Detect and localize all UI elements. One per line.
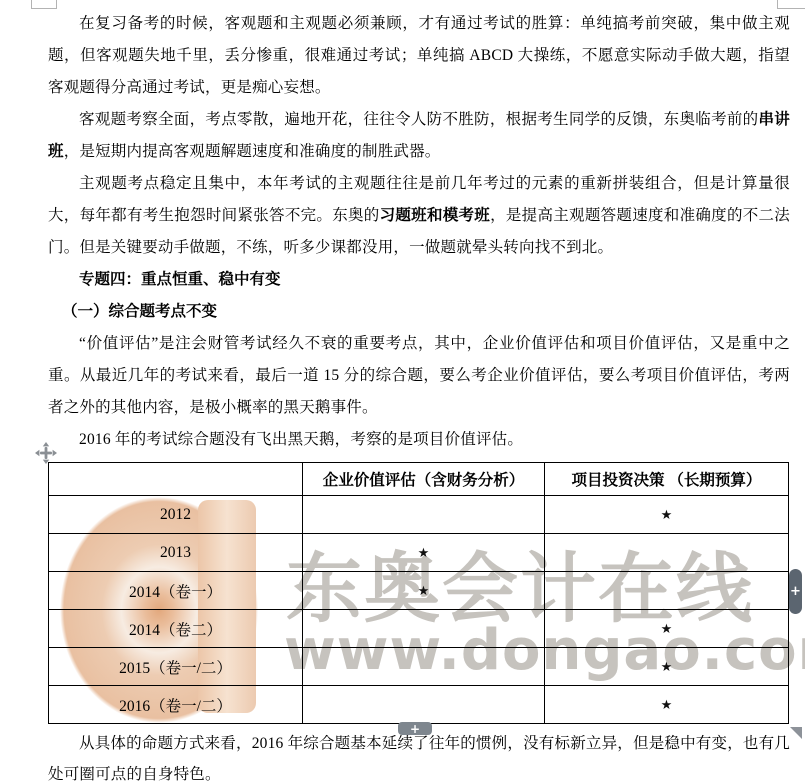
table-row: 2014（卷二）★	[49, 610, 789, 648]
paragraph: 主观题考点稳定且集中，本年考试的主观题往往是前几年考过的元素的重新拼装组合，但是…	[48, 168, 790, 264]
year-cell[interactable]: 2015（卷一/二）	[49, 648, 303, 686]
text-run: ，是短期内提高客观题解题速度和准确度的制胜武器。	[64, 143, 441, 160]
empty-cell[interactable]	[545, 534, 789, 572]
star-cell[interactable]: ★	[303, 572, 545, 610]
paragraphs-before-table: 在复习备考的时候，客观题和主观题必须兼顾，才有通过考试的胜算：单纯搞考前突破，集…	[48, 8, 790, 456]
star-cell[interactable]: ★	[545, 610, 789, 648]
header-cell-empty[interactable]	[49, 463, 303, 496]
text-run: 在复习备考的时候，客观题和主观题必须兼顾，才有通过考试的胜算：单纯搞考前突破，集…	[48, 15, 790, 96]
empty-cell[interactable]	[303, 496, 545, 534]
star-icon: ★	[661, 660, 673, 675]
text-run: 2016 年的考试综合题没有飞出黑天鹅，考察的是项目价值评估。	[79, 431, 523, 448]
heading: 专题四：重点恒重、稳中有变	[48, 264, 790, 296]
heading: （一）综合题考点不变	[48, 296, 790, 328]
empty-cell[interactable]	[303, 686, 545, 724]
text-run: “价值评估”是注会财管考试经久不衰的重要考点，其中，企业价值评估和项目价值评估，…	[48, 335, 790, 416]
insert-row-handle[interactable]: +	[398, 722, 432, 735]
table-move-handle-icon[interactable]	[34, 441, 58, 465]
empty-cell[interactable]	[303, 648, 545, 686]
star-icon: ★	[661, 508, 673, 523]
cropped-ui-box-top-left	[31, 0, 57, 9]
year-cell[interactable]: 2013	[49, 534, 303, 572]
table-row: 2013★	[49, 534, 789, 572]
text-run: 客观题考察全面，考点零散，遍地开花，往往令人防不胜防，根据考生同学的反馈，东奥临…	[79, 111, 759, 128]
header-cell[interactable]: 项目投资决策 （长期预算）	[545, 463, 789, 496]
table-body: 2012★2013★2014（卷一）★2014（卷二）★2015（卷一/二）★2…	[49, 496, 789, 724]
star-cell[interactable]: ★	[545, 648, 789, 686]
document-page: 东奥会计在线 www.dongao.com 在复习备考的时候，客观题和主观题必须…	[0, 0, 805, 784]
table-row: 2012★	[49, 496, 789, 534]
star-icon: ★	[661, 622, 673, 637]
exam-history-table[interactable]: 企业价值评估（含财务分析）项目投资决策 （长期预算） 2012★2013★201…	[48, 462, 789, 724]
header-cell[interactable]: 企业价值评估（含财务分析）	[303, 463, 545, 496]
star-icon: ★	[418, 584, 430, 599]
star-cell[interactable]: ★	[545, 686, 789, 724]
bold-text-run: 习题班和模考班	[380, 207, 491, 224]
empty-cell[interactable]	[303, 610, 545, 648]
paragraph: “价值评估”是注会财管考试经久不衰的重要考点，其中，企业价值评估和项目价值评估，…	[48, 328, 790, 424]
year-cell[interactable]: 2014（卷二）	[49, 610, 303, 648]
star-cell[interactable]: ★	[545, 496, 789, 534]
star-cell[interactable]: ★	[303, 534, 545, 572]
table-header-row: 企业价值评估（含财务分析）项目投资决策 （长期预算）	[49, 463, 789, 496]
insert-column-handle[interactable]: +	[789, 569, 802, 614]
paragraph: 在复习备考的时候，客观题和主观题必须兼顾，才有通过考试的胜算：单纯搞考前突破，集…	[48, 8, 790, 104]
text-run: 从具体的命题方式来看，2016 年综合题基本延续了往年的惯例，没有标新立异，但是…	[48, 735, 790, 783]
year-cell[interactable]: 2014（卷一）	[49, 572, 303, 610]
bold-text-run: （一）综合题考点不变	[62, 303, 217, 320]
table-row: 2015（卷一/二）★	[49, 648, 789, 686]
table-resize-handle[interactable]	[790, 727, 802, 739]
document-body: 在复习备考的时候，客观题和主观题必须兼顾，才有通过考试的胜算：单纯搞考前突破，集…	[48, 8, 790, 784]
star-icon: ★	[418, 546, 430, 561]
paragraph: 客观题考察全面，考点零散，遍地开花，往往令人防不胜防，根据考生同学的反馈，东奥临…	[48, 104, 790, 168]
table-row: 2014（卷一）★	[49, 572, 789, 610]
bold-text-run: 专题四：重点恒重、稳中有变	[79, 271, 281, 288]
table-row: 2016（卷一/二）★	[49, 686, 789, 724]
paragraphs-after-table: 从具体的命题方式来看，2016 年综合题基本延续了往年的惯例，没有标新立异，但是…	[48, 728, 790, 784]
star-icon: ★	[661, 698, 673, 713]
paragraph: 从具体的命题方式来看，2016 年综合题基本延续了往年的惯例，没有标新立异，但是…	[48, 728, 790, 784]
year-cell[interactable]: 2016（卷一/二）	[49, 686, 303, 724]
exam-table-wrapper: 企业价值评估（含财务分析）项目投资决策 （长期预算） 2012★2013★201…	[48, 462, 790, 724]
empty-cell[interactable]	[545, 572, 789, 610]
paragraph: 2016 年的考试综合题没有飞出黑天鹅，考察的是项目价值评估。	[48, 424, 790, 456]
cropped-ui-box-top-right	[777, 0, 805, 9]
year-cell[interactable]: 2012	[49, 496, 303, 534]
